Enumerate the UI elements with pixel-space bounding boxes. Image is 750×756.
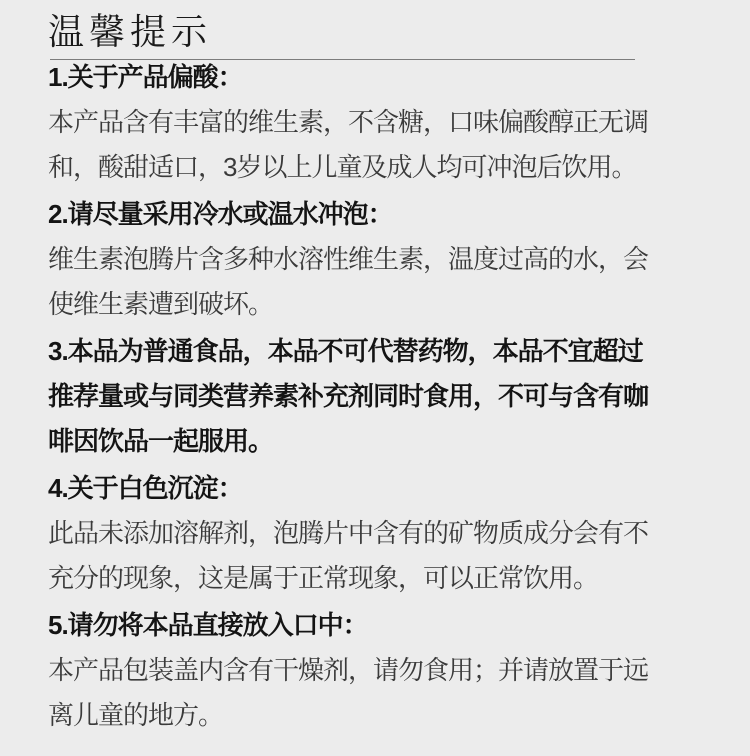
tip-heading: 3.本品为普通食品，本品不可代替药物，本品不宜超过推荐量或与同类营养素补充剂同时… [48,329,662,464]
page-title: 温馨提示 [48,12,710,52]
tip-body: 维生素泡腾片含多种水溶性维生素，温度过高的水，会使维生素遭到破坏。 [48,237,662,327]
tip-body: 此品未添加溶解剂，泡腾片中含有的矿物质成分会有不充分的现象，这是属于正常现象，可… [48,511,662,601]
tip-heading: 2.请尽量采用冷水或温水冲泡： [48,192,662,237]
tip-item-5: 5.请勿将本品直接放入口中： 本产品包装盖内含有干燥剂，请勿食用；并请放置于远离… [48,603,662,738]
tip-body: 本产品包装盖内含有干燥剂，请勿食用；并请放置于远离儿童的地方。 [48,648,662,738]
tips-panel: 温馨提示 1.关于产品偏酸： 本产品含有丰富的维生素，不含糖，口味偏酸醇正无调和… [0,0,750,756]
tips-list: 1.关于产品偏酸： 本产品含有丰富的维生素，不含糖，口味偏酸醇正无调和，酸甜适口… [48,55,662,738]
tip-item-3: 3.本品为普通食品，本品不可代替药物，本品不宜超过推荐量或与同类营养素补充剂同时… [48,329,662,464]
tip-heading: 4.关于白色沉淀： [48,466,662,511]
tip-item-1: 1.关于产品偏酸： 本产品含有丰富的维生素，不含糖，口味偏酸醇正无调和，酸甜适口… [48,55,662,190]
tip-heading: 1.关于产品偏酸： [48,55,662,100]
tip-item-4: 4.关于白色沉淀： 此品未添加溶解剂，泡腾片中含有的矿物质成分会有不充分的现象，… [48,466,662,601]
tip-body: 本产品含有丰富的维生素，不含糖，口味偏酸醇正无调和，酸甜适口，3岁以上儿童及成人… [48,100,662,190]
tip-item-2: 2.请尽量采用冷水或温水冲泡： 维生素泡腾片含多种水溶性维生素，温度过高的水，会… [48,192,662,327]
tip-heading: 5.请勿将本品直接放入口中： [48,603,662,648]
